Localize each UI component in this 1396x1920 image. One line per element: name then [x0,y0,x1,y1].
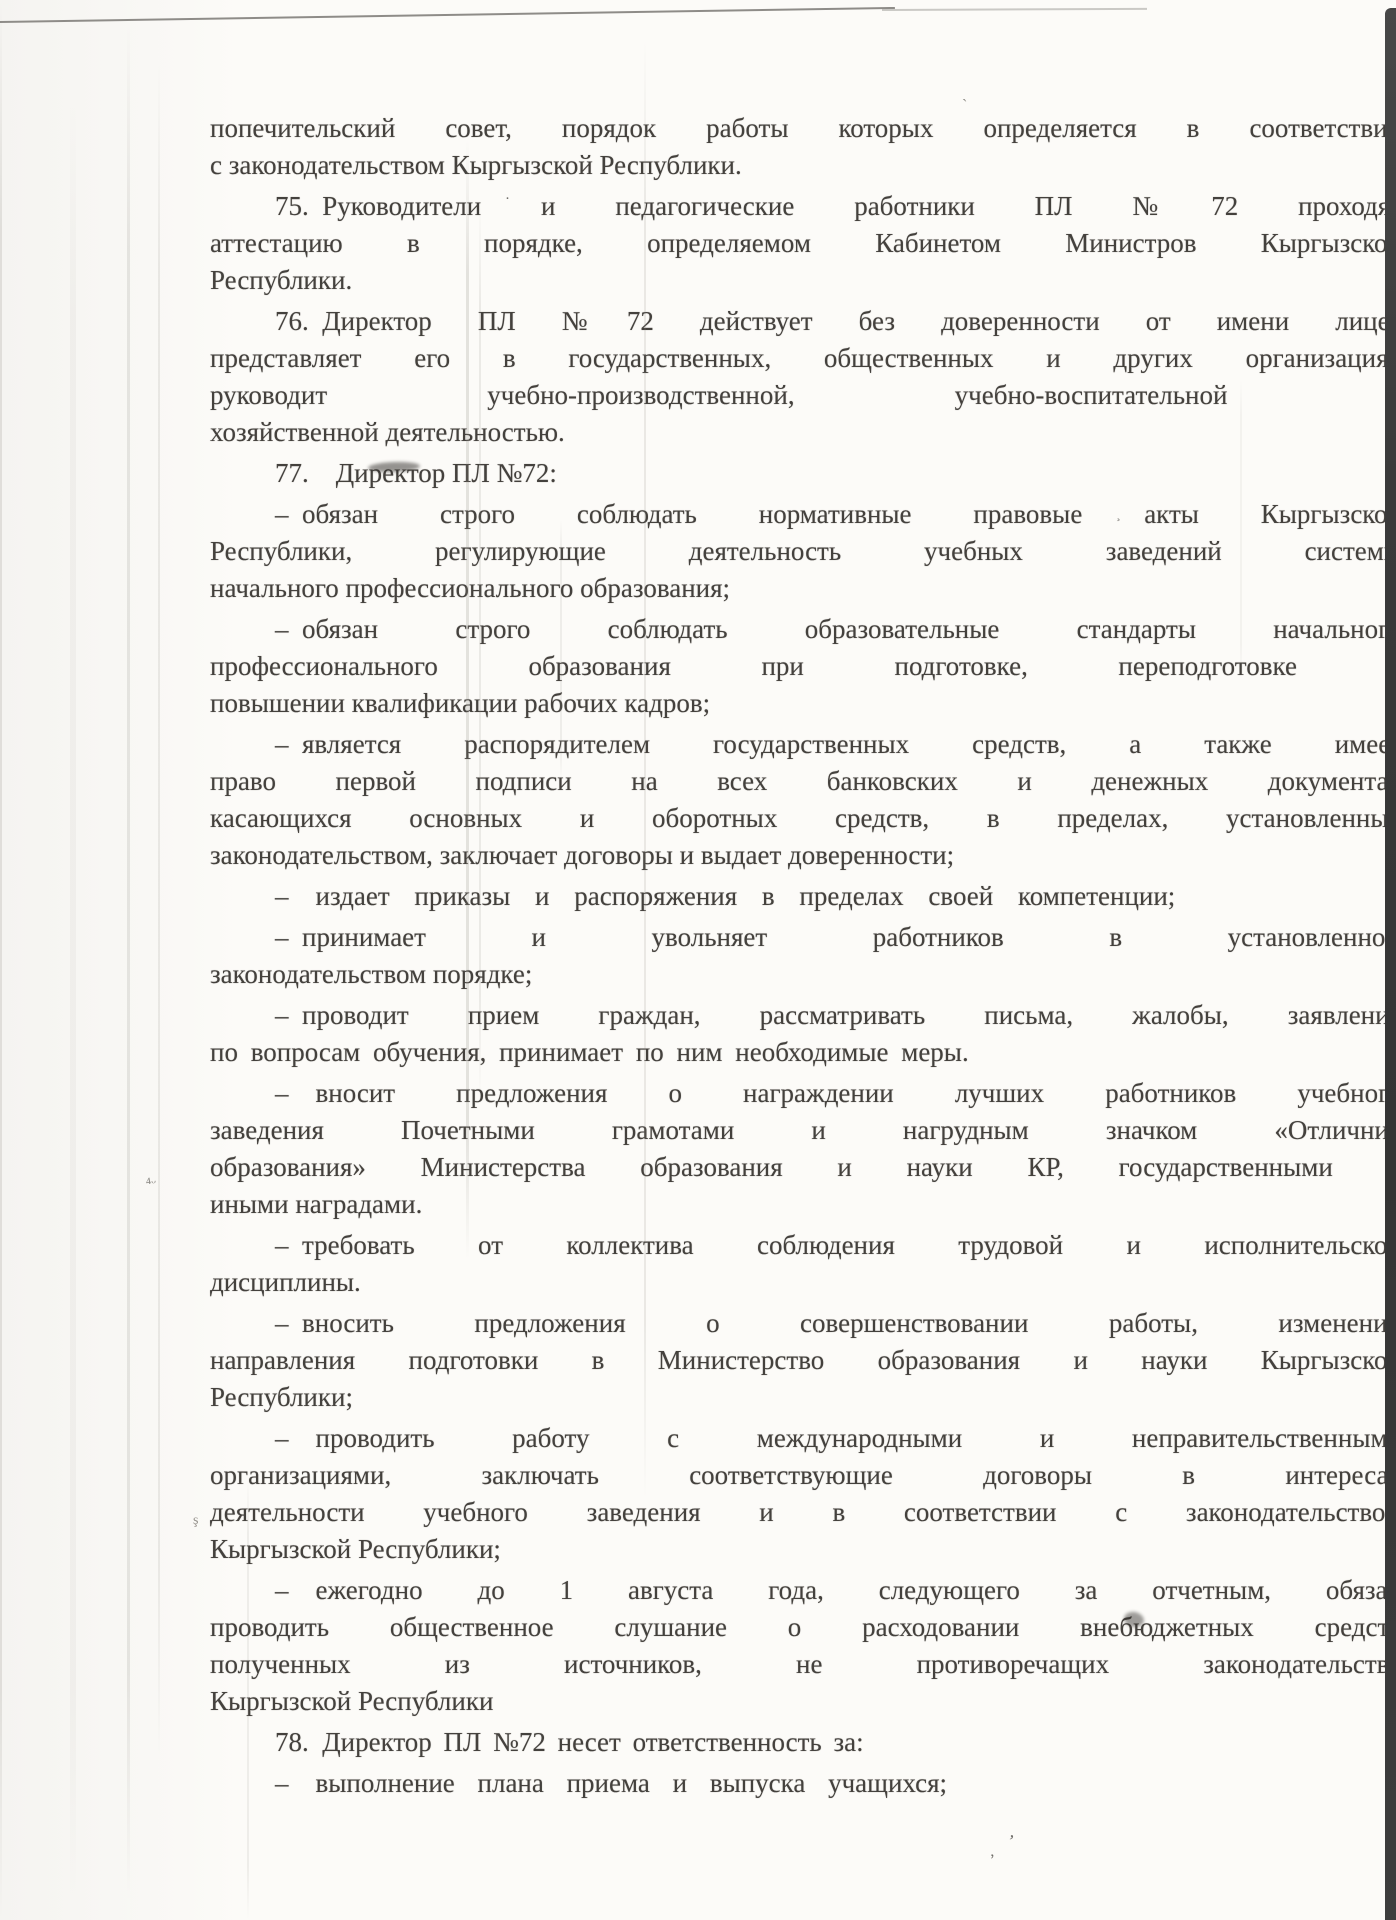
text-line: хозяйственной деятельностью. [210,414,1396,451]
text-line: начального профессионального образования… [210,570,1396,607]
text-line: – обязан строго соблюдать образовательны… [210,611,1396,648]
scanned-page: попечительский совет, порядок работы кот… [0,0,1396,1920]
text-line: законодательством порядке; [210,956,1396,993]
text-line: – проводить работу с международными и не… [210,1420,1396,1457]
text-line: Республики. [210,262,1396,299]
text-line: руководит учебно-производственной, учебн… [210,377,1396,414]
scan-streak [127,20,130,1900]
text-line: направления подготовки в Министерство об… [210,1342,1396,1379]
text-line: право первой подписи на всех банковских … [210,763,1396,800]
text-line: организациями, заключать соответствующие… [210,1457,1396,1494]
scan-streak [158,60,160,1760]
paragraph: попечительский совет, порядок работы кот… [210,110,1396,184]
text-line: дисциплины. [210,1264,1396,1301]
text-line: – вносит предложения о награждении лучши… [210,1075,1396,1112]
paragraph: – проводить работу с международными и не… [210,1420,1396,1568]
text-line: профессионального образования при подгот… [210,648,1396,685]
text-line: проводить общественное слушание о расход… [210,1609,1396,1646]
scan-speck: ş [193,1514,198,1528]
paragraph: – выполнение плана приема и выпуска учащ… [210,1765,1396,1802]
text-line: иными наградами. [210,1186,1396,1223]
paragraph: 78. Директор ПЛ №72 несет ответственност… [210,1724,1396,1761]
text-line: 76. Директор ПЛ №72 действует без довере… [210,303,1396,340]
paragraph: – является распорядителем государственны… [210,726,1396,874]
text-line: законодательством, заключает договоры и … [210,837,1396,874]
text-line: по вопросам обучения, принимает по ним н… [210,1034,1396,1071]
paragraph: 75. Руководители и педагогические работн… [210,188,1396,299]
paragraph: 76. Директор ПЛ №72 действует без довере… [210,303,1396,451]
text-line: Кыргызской Республики [210,1683,1396,1720]
text-line: 77. Директор ПЛ №72: [210,455,1396,492]
text-line: образования» Министерства образования и … [210,1149,1396,1186]
text-line: – выполнение плана приема и выпуска учащ… [210,1765,1396,1802]
scan-speck: ⁴ᵕ [145,1175,157,1192]
text-line: повышении квалификации рабочих кадров; [210,685,1396,722]
text-line: 78. Директор ПЛ №72 несет ответственност… [210,1724,1396,1761]
paragraph: 77. Директор ПЛ №72: [210,455,1396,492]
text-line: попечительский совет, порядок работы кот… [210,110,1396,147]
scan-line-artifact [0,7,895,23]
text-line: – ежегодно до 1 августа года, следующего… [210,1572,1396,1609]
paragraph: – проводит прием граждан, рассматривать … [210,997,1396,1071]
scan-streak [70,100,76,1900]
paragraph: – требовать от коллектива соблюдения тру… [210,1227,1396,1301]
paragraph: – вносить предложения о совершенствовани… [210,1305,1396,1416]
scan-speck: ’ [1006,1832,1015,1851]
scan-streak [0,0,2,1920]
text-line: представляет его в государственных, обще… [210,340,1396,377]
text-line: – принимает и увольняет работников в уст… [210,919,1396,956]
scan-line-artifact [882,7,1147,10]
text-line: – издает приказы и распоряжения в предел… [210,878,1396,915]
text-line: аттестацию в порядке, определяемом Кабин… [210,225,1396,262]
text-line: – проводит прием граждан, рассматривать … [210,997,1396,1034]
paragraph: – ежегодно до 1 августа года, следующего… [210,1572,1396,1720]
text-line: деятельности учебного заведения и в соот… [210,1494,1396,1531]
text-line: Республики, регулирующие деятельность уч… [210,533,1396,570]
text-line: – является распорядителем государственны… [210,726,1396,763]
paragraph: – обязан строго соблюдать образовательны… [210,611,1396,722]
text-line: Республики; [210,1379,1396,1416]
paragraph: – вносит предложения о награждении лучши… [210,1075,1396,1223]
scan-speck: , [989,1844,994,1860]
paragraph: – обязан строго соблюдать нормативные пр… [210,496,1396,607]
text-line: – требовать от коллектива соблюдения тру… [210,1227,1396,1264]
text-line: полученных из источников, не противореча… [210,1646,1396,1683]
text-line: касающихся основных и оборотных средств,… [210,800,1396,837]
text-line: – обязан строго соблюдать нормативные пр… [210,496,1396,533]
text-line: Кыргызской Республики; [210,1531,1396,1568]
text-line: с законодательством Кыргызской Республик… [210,147,1396,184]
text-line: заведения Почетными грамотами и нагрудны… [210,1112,1396,1149]
text-line: – вносить предложения о совершенствовани… [210,1305,1396,1342]
document-text: попечительский совет, порядок работы кот… [210,110,1396,1802]
paragraph: – издает приказы и распоряжения в предел… [210,878,1396,915]
paragraph: – принимает и увольняет работников в уст… [210,919,1396,993]
text-line: 75. Руководители и педагогические работн… [210,188,1396,225]
